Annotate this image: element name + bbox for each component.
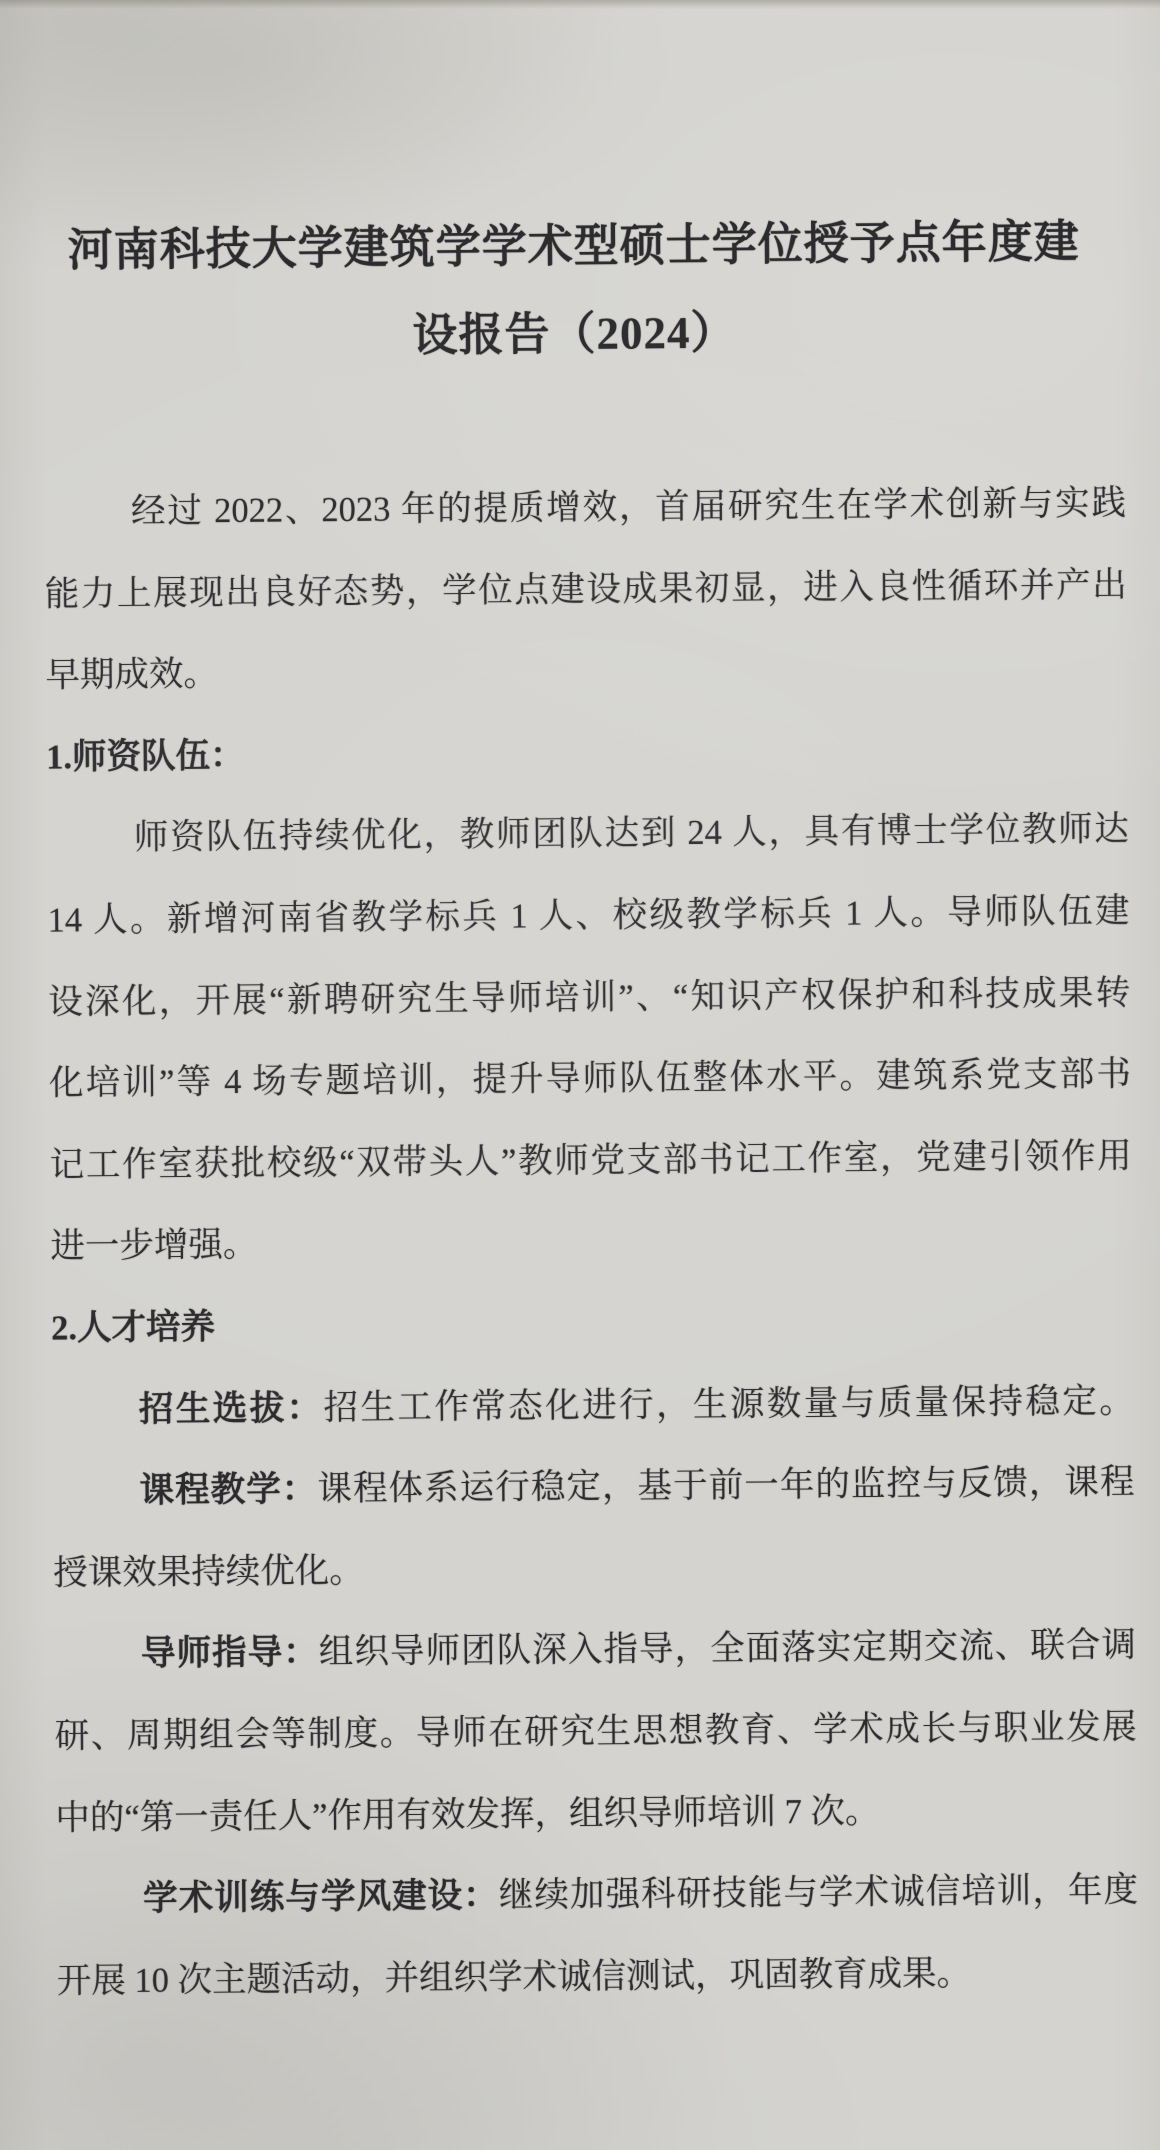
document-body: 经过 2022、2023 年的提质增效，首届研究生在学术创新与实践 能力上展现出… (44, 463, 1139, 2023)
document-title: 河南科技大学建筑学学术型硕士学位授予点年度建 设报告（2024） (0, 197, 1155, 383)
academic-line-2: 开展 10 次主题活动，并组织学术诚信测试，巩固教育成果。 (56, 1932, 1139, 2023)
courses-text-1: 课程体系运行稳定，基于前一年的监控与反馈，课程 (317, 1463, 1134, 1508)
section2-heading: 2.人才培养 (51, 1279, 1134, 1370)
academic-text-1: 继续加强科研技能与学术诚信培训，年度 (499, 1871, 1139, 1915)
courses-line-2: 授课效果持续优化。 (53, 1524, 1136, 1615)
section1-heading: 1.师资队伍： (46, 708, 1129, 799)
admissions-line: 招生选拔：招生工作常态化进行，生源数量与质量保持稳定。 (51, 1361, 1134, 1452)
mentoring-line-2: 研、周期组会等制度。导师在研究生思想教育、学术成长与职业发展 (54, 1687, 1137, 1778)
section1-line-4: 化培训”等 4 场专题培训，提升导师队伍整体水平。建筑系党支部书 (49, 1034, 1132, 1125)
section1-line-5: 记工作室获批校级“双带头人”教师党支部书记工作室，党建引领作用 (49, 1116, 1132, 1207)
intro-line-2: 能力上展现出良好态势，学位点建设成果初显，进入良性循环并产出 (44, 545, 1127, 636)
admissions-label: 招生选拔： (139, 1389, 324, 1429)
mentoring-line-1: 导师指导：组织导师团队深入指导，全面落实定期交流、联合调 (54, 1605, 1137, 1696)
mentoring-line-3: 中的“第一责任人”作用有效发挥，组织导师培训 7 次。 (55, 1769, 1138, 1860)
section1-line-6: 进一步增强。 (50, 1198, 1133, 1289)
intro-line-1: 经过 2022、2023 年的提质增效，首届研究生在学术创新与实践 (44, 463, 1127, 554)
courses-line-1: 课程教学：课程体系运行稳定，基于前一年的监控与反馈，课程 (52, 1442, 1135, 1533)
admissions-text: 招生工作常态化进行，生源数量与质量保持稳定。 (323, 1382, 1134, 1427)
section1-line-2: 14 人。新增河南省教学标兵 1 人、校级教学标兵 1 人。导师队伍建 (47, 871, 1130, 962)
academic-label: 学术训练与学风建设： (143, 1877, 499, 1918)
mentoring-text-1: 组织导师团队深入指导，全面落实定期交流、联合调 (319, 1626, 1136, 1671)
section1-line-3: 设深化，开展“新聘研究生导师培训”、“知识产权保护和科技成果转 (48, 953, 1131, 1044)
intro-line-3: 早期成效。 (45, 626, 1128, 717)
academic-line-1: 学术训练与学风建设：继续加强科研技能与学术诚信培训，年度 (56, 1850, 1139, 1941)
courses-label: 课程教学： (139, 1470, 317, 1510)
mentoring-label: 导师指导： (141, 1634, 319, 1674)
document-sheet: 河南科技大学建筑学学术型硕士学位授予点年度建 设报告（2024） 经过 2022… (0, 0, 1160, 2150)
title-line-2: 设报告（2024） (0, 285, 1155, 383)
section1-line-1: 师资队伍持续优化，教师团队达到 24 人，具有博士学位教师达 (47, 790, 1130, 881)
title-line-1: 河南科技大学建筑学学术型硕士学位授予点年度建 (0, 197, 1154, 295)
